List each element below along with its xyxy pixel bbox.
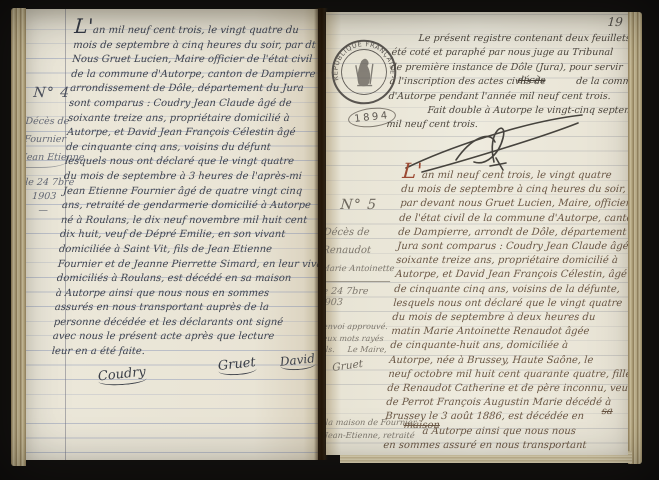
margin-note-line: Jean Etienne [26, 149, 70, 168]
margin-note-line: Fournier [26, 131, 71, 149]
act-text-line: soixante treize ans, propriétaire domici… [68, 112, 318, 127]
act-text-line: Autorpe, née à Brussey, Haute Saône, le [389, 354, 628, 368]
act-text-line: leur en a été faite. [51, 345, 318, 360]
act-text-line: dix huit, veuf de Dépré Emilie, en son v… [59, 228, 318, 243]
act-text-line: domiciliés à Roulans, est décédé en sa m… [56, 272, 318, 287]
struck-word-sa: sa [601, 406, 613, 417]
act-text-line: de cinquante cinq ans, voisins du défunt [65, 141, 318, 156]
mayor-signature: Gruet [332, 354, 391, 374]
certification-line: d'Autorpe pendant l'année mil neuf cent … [388, 90, 628, 104]
act-text-line: de l'état civil de la commune d'Autorpe,… [399, 212, 628, 226]
act-text-line: du mois de septembre à deux heures du [392, 311, 628, 325]
right-page-edge-stack [628, 12, 642, 464]
act-text-line: lesquels nous ont déclaré que le vingt q… [64, 155, 318, 170]
inventory-number: 1894 [354, 110, 390, 125]
act-text-line: de la commune d'Autorpe, canton de Dampi… [71, 68, 318, 83]
act-text-line: soixante treize ans, propriétaire domici… [396, 254, 628, 268]
margin-note-line: Marie Antoinette [326, 260, 398, 278]
left-page: N° 4 Décès deFournierJean Etienne le 24 … [26, 9, 318, 460]
act-text-line: arrondissement de Dôle, département du J… [70, 82, 318, 97]
act-text-line: matin Marie Antoinette Renaudot âgée [391, 325, 628, 339]
act-text-line: en sommes assuré en nous transportant [383, 439, 624, 453]
act-text-line: de cinquante cinq ans, voisins de la déf… [394, 283, 628, 297]
act-text-line: mois de septembre à cinq heures du soir,… [73, 39, 318, 54]
act-text-line: personne décédée et les déclarants ont s… [53, 316, 318, 331]
act-text-line: du mois de septembre à 3 heures de l'apr… [63, 170, 318, 185]
marianne-figure-icon [356, 59, 373, 87]
act-text-line: de Renaudot Catherine et de père inconnu… [387, 382, 628, 396]
margin-note-line: Décès de [326, 224, 400, 242]
margin-date-line: 1903 [26, 190, 65, 204]
act-text-line: du mois de septembre à cinq heures du so… [401, 183, 628, 197]
act-text-line: Fournier et de Jeanne Pierrette Simard, … [57, 258, 318, 273]
approval-line: Renvoi approuvé. [326, 321, 393, 333]
approval-line: nuls. Le Maire, [326, 344, 392, 356]
act-text-line: à Autorpe ainsi que nous nous en sommes [55, 287, 318, 302]
act-text-line: neuf octobre mil huit cent quarante quat… [388, 368, 628, 382]
act-text-line: Autorpe, et David Jean François Célestin… [66, 126, 318, 141]
page-number: 19 [607, 15, 623, 29]
act-text-line: né à Roulans, le dix neuf novembre mil h… [60, 214, 318, 229]
act-text-line: Jean Etienne Fournier âgé de quatre ving… [62, 185, 318, 200]
act-number: N° 5 [340, 197, 402, 213]
act-text-line: avec nous le présent acte après que lect… [52, 330, 318, 345]
act-subject: Décès deRenaudotMarie Antoinette [326, 224, 400, 278]
act-date: le 24 7bre1903— [26, 176, 66, 218]
act-date: le 24 7bre 1903 [326, 286, 396, 308]
struck-word-maison: maison [403, 420, 440, 431]
margin-date-line: — [26, 204, 64, 218]
death-act-5-text: L'an mil neuf cent trois, le vingt quatr… [383, 164, 628, 453]
signature-gruet: Gruet [217, 355, 257, 377]
struck-word-deces: décès [517, 75, 545, 86]
death-act-4-text: L'an mil neuf cent trois, le vingt quatr… [51, 19, 318, 360]
act-text-line: Nous Gruet Lucien, Maire officier de l'é… [72, 53, 318, 68]
certification-line: de première instance de Dôle (Jura), pou… [390, 61, 628, 75]
act-text-line: de Perrot François Augustin Marie décédé… [386, 396, 627, 410]
right-page: 19 RÉPUBLIQUE FRANÇAISE 1894 Le présent … [326, 12, 628, 455]
margin-note-line: Renaudot [326, 242, 399, 260]
act-text-line: L'an mil neuf cent trois, le vingt quatr… [74, 19, 318, 39]
act-text-line: Jura sont comparus : Coudry Jean Claude … [397, 240, 628, 254]
certification-line: été coté et paraphé par nous juge au Tri… [391, 46, 628, 60]
approval-note: Renvoi approuvé.Deux mots rayésnuls. Le … [326, 321, 393, 356]
act-text-line: de cinquante-huit ans, domiciliée à [390, 339, 628, 353]
margin-note-line: Décès de [26, 113, 72, 131]
act-text-line: assurés en nous transportant auprès de l… [54, 301, 318, 316]
certification-line: à l'inscription des actes civils de de l… [389, 75, 628, 89]
act-text-line: ans, retraité de gendarmerie domicilié à… [61, 199, 318, 214]
certification-line: Le présent registre contenant deux feuil… [392, 32, 628, 46]
act-text-line: Autorpe, et David Jean François Célestin… [395, 268, 628, 282]
civil-register-scan: N° 4 Décès deFournierJean Etienne le 24 … [0, 0, 659, 480]
act-text-line: domiciliée à Saint Vit, fils de Jean Eti… [58, 243, 318, 258]
margin-date-line: le 24 7bre [26, 176, 66, 190]
approval-line: Deux mots rayés [326, 333, 393, 345]
act-number: N° 4 [33, 85, 74, 101]
left-page-edge-stack [11, 8, 26, 466]
signature-david: David [279, 351, 316, 372]
signature-coudry: Coudry [97, 365, 147, 388]
act-text-line: L'an mil neuf cent trois, le vingt quatr… [402, 164, 628, 183]
act-text-line: par devant nous Gruet Lucien, Maire, off… [400, 197, 628, 211]
act-text-line: lesquels nous ont déclaré que le vingt q… [393, 297, 628, 311]
act-text-line: sont comparus : Coudry Jean Claude âgé d… [69, 97, 318, 112]
act-text-line: de Dampierre, arrondt de Dôle, départeme… [398, 226, 628, 240]
margin-divider-rule [326, 281, 390, 282]
